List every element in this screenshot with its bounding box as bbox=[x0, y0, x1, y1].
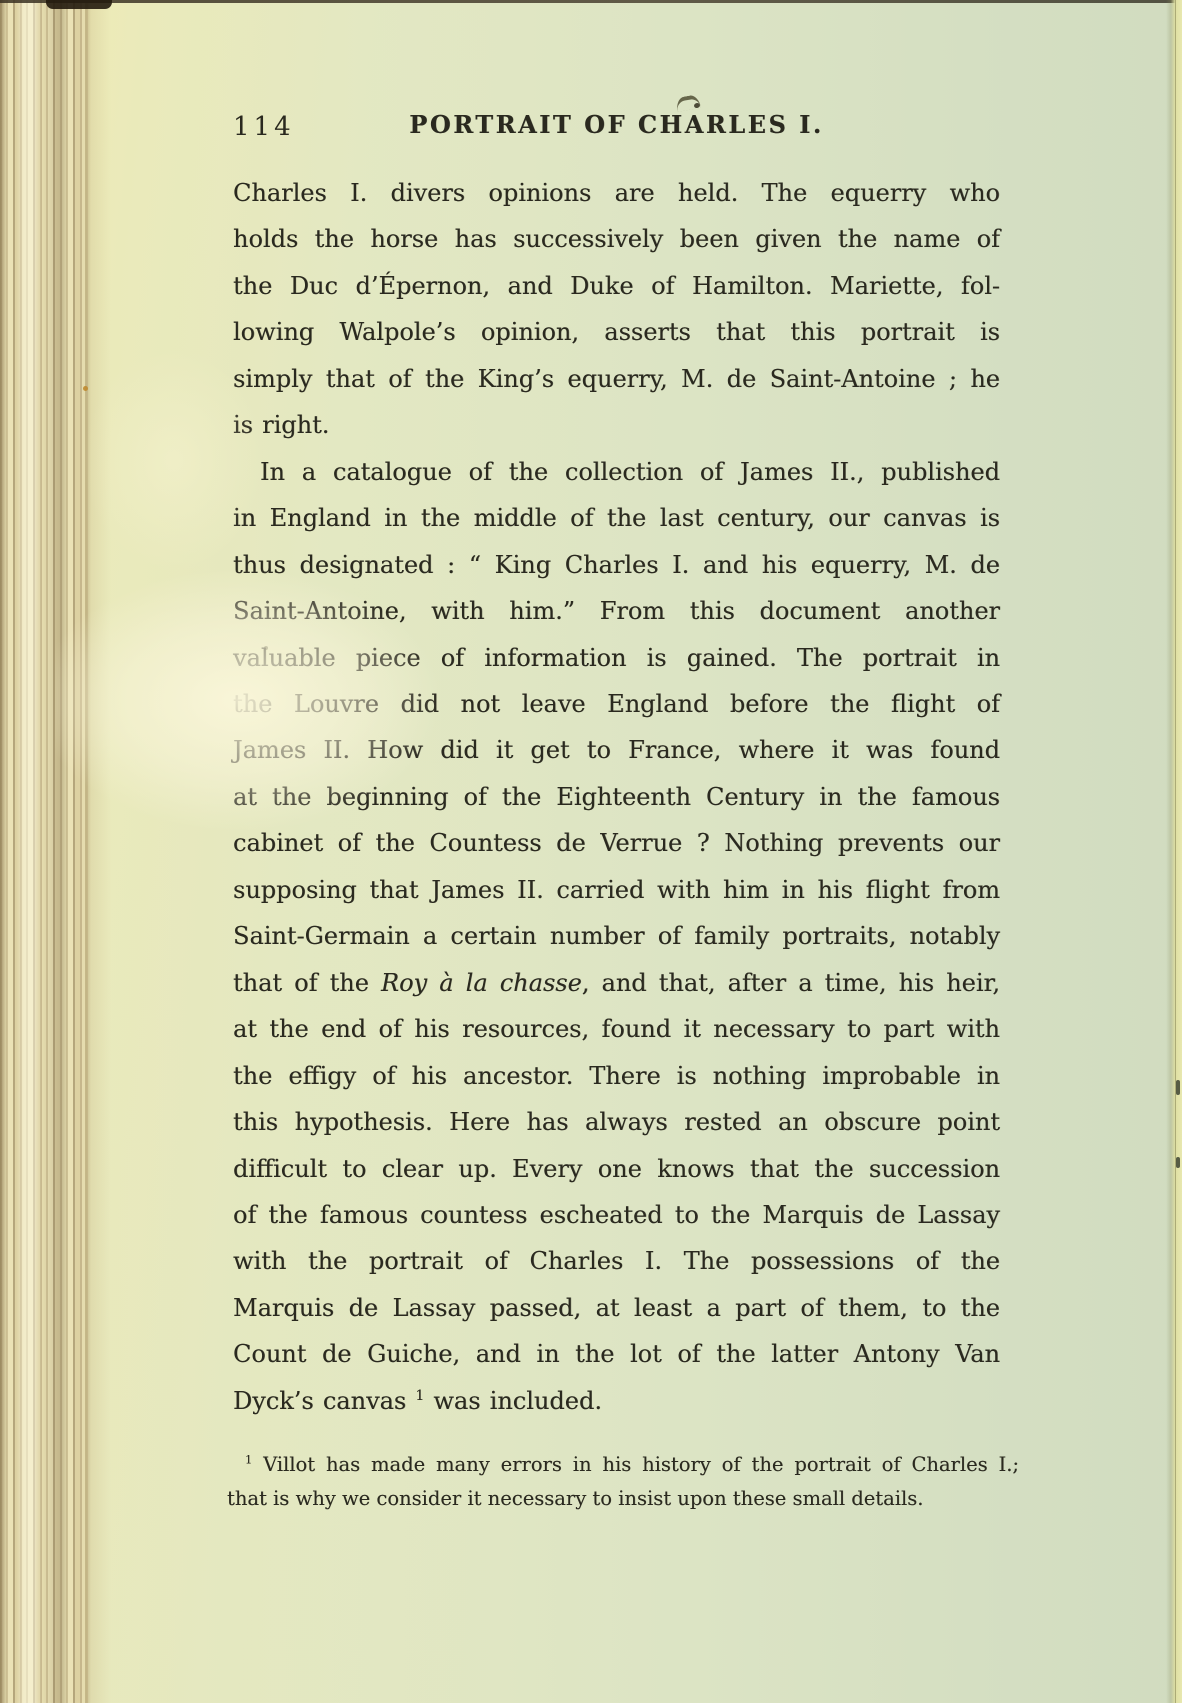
photo-top-edge bbox=[0, 0, 1182, 3]
text-line: of the famous countess escheated to the … bbox=[233, 1192, 1000, 1238]
text-segment: Saint-Antoine, with him.” From this docu… bbox=[233, 597, 1000, 625]
text-segment: valuable piece of information is gained.… bbox=[233, 644, 1000, 672]
top-left-dark-blob bbox=[46, 0, 112, 9]
text-segment: Charles I. divers opinions are held. The… bbox=[233, 179, 1000, 207]
text-line: in England in the middle of the last cen… bbox=[233, 495, 1000, 541]
text-line: Count de Guiche, and in the lot of the l… bbox=[233, 1331, 1000, 1377]
text-segment: difficult to clear up. Every one knows t… bbox=[233, 1155, 1000, 1183]
text-line: valuable piece of information is gained.… bbox=[233, 635, 1000, 681]
text-line: James II. How did it get to France, wher… bbox=[233, 727, 1000, 773]
text-segment: Dyck’s canvas bbox=[233, 1387, 415, 1415]
text-line: Saint-Antoine, with him.” From this docu… bbox=[233, 588, 1000, 634]
page-edge-mark bbox=[1176, 1157, 1180, 1168]
text-segment: cabinet of the Countess de Verrue ? Noth… bbox=[233, 829, 1000, 857]
text-line: Saint-Germain a certain number of family… bbox=[233, 913, 1000, 959]
text-segment: lowing Walpole’s opinion, asserts that t… bbox=[233, 318, 1000, 346]
text-line: the Duc d’Épernon, and Duke of Hamilton.… bbox=[233, 263, 1000, 309]
text-line: with the portrait of Charles I. The poss… bbox=[233, 1238, 1000, 1284]
text-segment: the Louvre did not leave England before … bbox=[233, 690, 1000, 718]
text-segment: simply that of the King’s equerry, M. de… bbox=[233, 365, 1000, 393]
text-line: difficult to clear up. Every one knows t… bbox=[233, 1146, 1000, 1192]
text-segment: thus designated : “ King Charles I. and … bbox=[233, 551, 1000, 579]
text-segment: is right. bbox=[233, 411, 329, 439]
text-line: thus designated : “ King Charles I. and … bbox=[233, 542, 1000, 588]
text-segment: at the end of his resources, found it ne… bbox=[233, 1015, 1000, 1043]
text-line: In a catalogue of the collection of Jame… bbox=[233, 449, 1000, 495]
text-segment: the effigy of his ancestor. There is not… bbox=[233, 1062, 1000, 1090]
body-text: Charles I. divers opinions are held. The… bbox=[233, 170, 1000, 1424]
text-segment: was included. bbox=[424, 1387, 602, 1415]
page-right-edge bbox=[1166, 0, 1182, 1703]
text-line: the Louvre did not leave England before … bbox=[233, 681, 1000, 727]
text-line: the effigy of his ancestor. There is not… bbox=[233, 1053, 1000, 1099]
page-edge-mark bbox=[1176, 1080, 1180, 1095]
text-line: Dyck’s canvas 1 was included. bbox=[233, 1378, 1000, 1424]
paper-speck bbox=[83, 386, 88, 391]
text-segment: of the famous countess escheated to the … bbox=[233, 1201, 1000, 1229]
text-line: 1 Villot has made many errors in his his… bbox=[227, 1448, 1019, 1482]
text-line: Marquis de Lassay passed, at least a par… bbox=[233, 1285, 1000, 1331]
text-segment: the Duc d’Épernon, and Duke of Hamilton.… bbox=[233, 272, 1000, 300]
text-line: at the end of his resources, found it ne… bbox=[233, 1006, 1000, 1052]
footnote: 1 Villot has made many errors in his his… bbox=[227, 1448, 1019, 1515]
italic-text: Roy à la chasse bbox=[381, 969, 582, 997]
text-segment: In a catalogue of the collection of Jame… bbox=[260, 458, 1000, 486]
text-segment: supposing that James II. carried with hi… bbox=[233, 876, 1000, 904]
page-edge-stack bbox=[0, 0, 88, 1703]
text-line: cabinet of the Countess de Verrue ? Noth… bbox=[233, 820, 1000, 866]
text-segment: Saint-Germain a certain number of family… bbox=[233, 922, 1000, 950]
page-edge-boundary-shadow bbox=[85, 0, 111, 1703]
text-segment: James II. How did it get to France, wher… bbox=[233, 736, 1000, 764]
text-line: that of the Roy à la chasse, and that, a… bbox=[233, 960, 1000, 1006]
text-segment: in England in the middle of the last cen… bbox=[233, 504, 1000, 532]
text-segment: holds the horse has successively been gi… bbox=[233, 225, 1000, 253]
text-line: simply that of the King’s equerry, M. de… bbox=[233, 356, 1000, 402]
text-segment: at the beginning of the Eighteenth Centu… bbox=[233, 783, 1000, 811]
text-line: supposing that James II. carried with hi… bbox=[233, 867, 1000, 913]
text-segment: Count de Guiche, and in the lot of the l… bbox=[233, 1340, 1000, 1368]
running-header: PORTRAIT OF CHARLES I. bbox=[233, 110, 1000, 139]
text-line: lowing Walpole’s opinion, asserts that t… bbox=[233, 309, 1000, 355]
page-right-edge-line bbox=[1175, 0, 1176, 1703]
text-line: at the beginning of the Eighteenth Centu… bbox=[233, 774, 1000, 820]
text-segment: that of the bbox=[233, 969, 381, 997]
text-segment: Marquis de Lassay passed, at least a par… bbox=[233, 1294, 1000, 1322]
page-header: 114 PORTRAIT OF CHARLES I. bbox=[233, 110, 1000, 146]
text-line: that is why we consider it necessary to … bbox=[227, 1482, 1019, 1516]
text-line: this hypothesis. Here has always rested … bbox=[233, 1099, 1000, 1145]
text-segment: with the portrait of Charles I. The poss… bbox=[233, 1247, 1000, 1275]
text-segment: , and that, after a time, his heir, bbox=[582, 969, 1000, 997]
book-page-photo: 114 PORTRAIT OF CHARLES I. Charles I. di… bbox=[0, 0, 1182, 1703]
text-segment: that is why we consider it necessary to … bbox=[227, 1487, 923, 1510]
text-line: holds the horse has successively been gi… bbox=[233, 216, 1000, 262]
text-segment: Villot has made many errors in his histo… bbox=[252, 1453, 1019, 1476]
footnote-ref: 1 bbox=[415, 1388, 424, 1404]
text-segment: this hypothesis. Here has always rested … bbox=[233, 1108, 1000, 1136]
text-line: Charles I. divers opinions are held. The… bbox=[233, 170, 1000, 216]
text-line: is right. bbox=[233, 402, 1000, 448]
